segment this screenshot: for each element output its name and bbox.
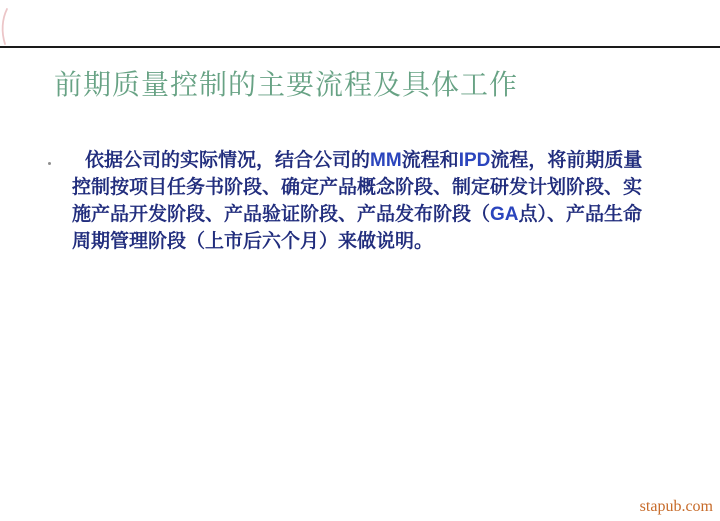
text-segment: 点）、产品生命 — [519, 204, 643, 225]
text-segment: 依据公司的实际情况，结合公司的 — [85, 150, 370, 171]
text-segment: 施产品开发阶段、产品验证阶段、产品发布阶段（ — [72, 204, 490, 225]
slide-title: 前期质量控制的主要流程及具体工作 — [54, 68, 674, 104]
text-segment: 流程和 — [402, 150, 459, 171]
body-text-line: 施产品开发阶段、产品验证阶段、产品发布阶段（GA点）、产品生命 — [72, 201, 674, 228]
body-text-line: 依据公司的实际情况，结合公司的MM流程和IPD流程，将前期质量 — [72, 147, 674, 174]
text-segment: 流程，将前期质量 — [490, 150, 642, 171]
latin-term: GA — [490, 204, 519, 225]
bullet-item: 依据公司的实际情况，结合公司的MM流程和IPD流程，将前期质量控制按项目任务书阶… — [46, 147, 674, 255]
header-divider-line — [0, 46, 720, 48]
slide-canvas: 前期质量控制的主要流程及具体工作 依据公司的实际情况，结合公司的MM流程和IPD… — [0, 0, 720, 521]
latin-term: IPD — [459, 150, 491, 171]
body-text-line: 控制按项目任务书阶段、确定产品概念阶段、制定研发计划阶段、实 — [72, 174, 674, 201]
watermark-text: stapub.com — [640, 498, 713, 516]
bullet-dot-icon — [48, 162, 51, 165]
text-segment: 控制按项目任务书阶段、确定产品概念阶段、制定研发计划阶段、实 — [72, 177, 642, 198]
text-segment: 周期管理阶段（上市后六个月）来做说明。 — [72, 231, 433, 252]
body-text-line: 周期管理阶段（上市后六个月）来做说明。 — [72, 228, 674, 255]
latin-term: MM — [370, 150, 402, 171]
body-paragraph: 依据公司的实际情况，结合公司的MM流程和IPD流程，将前期质量控制按项目任务书阶… — [72, 147, 674, 255]
corner-arc-decoration — [0, 0, 14, 52]
